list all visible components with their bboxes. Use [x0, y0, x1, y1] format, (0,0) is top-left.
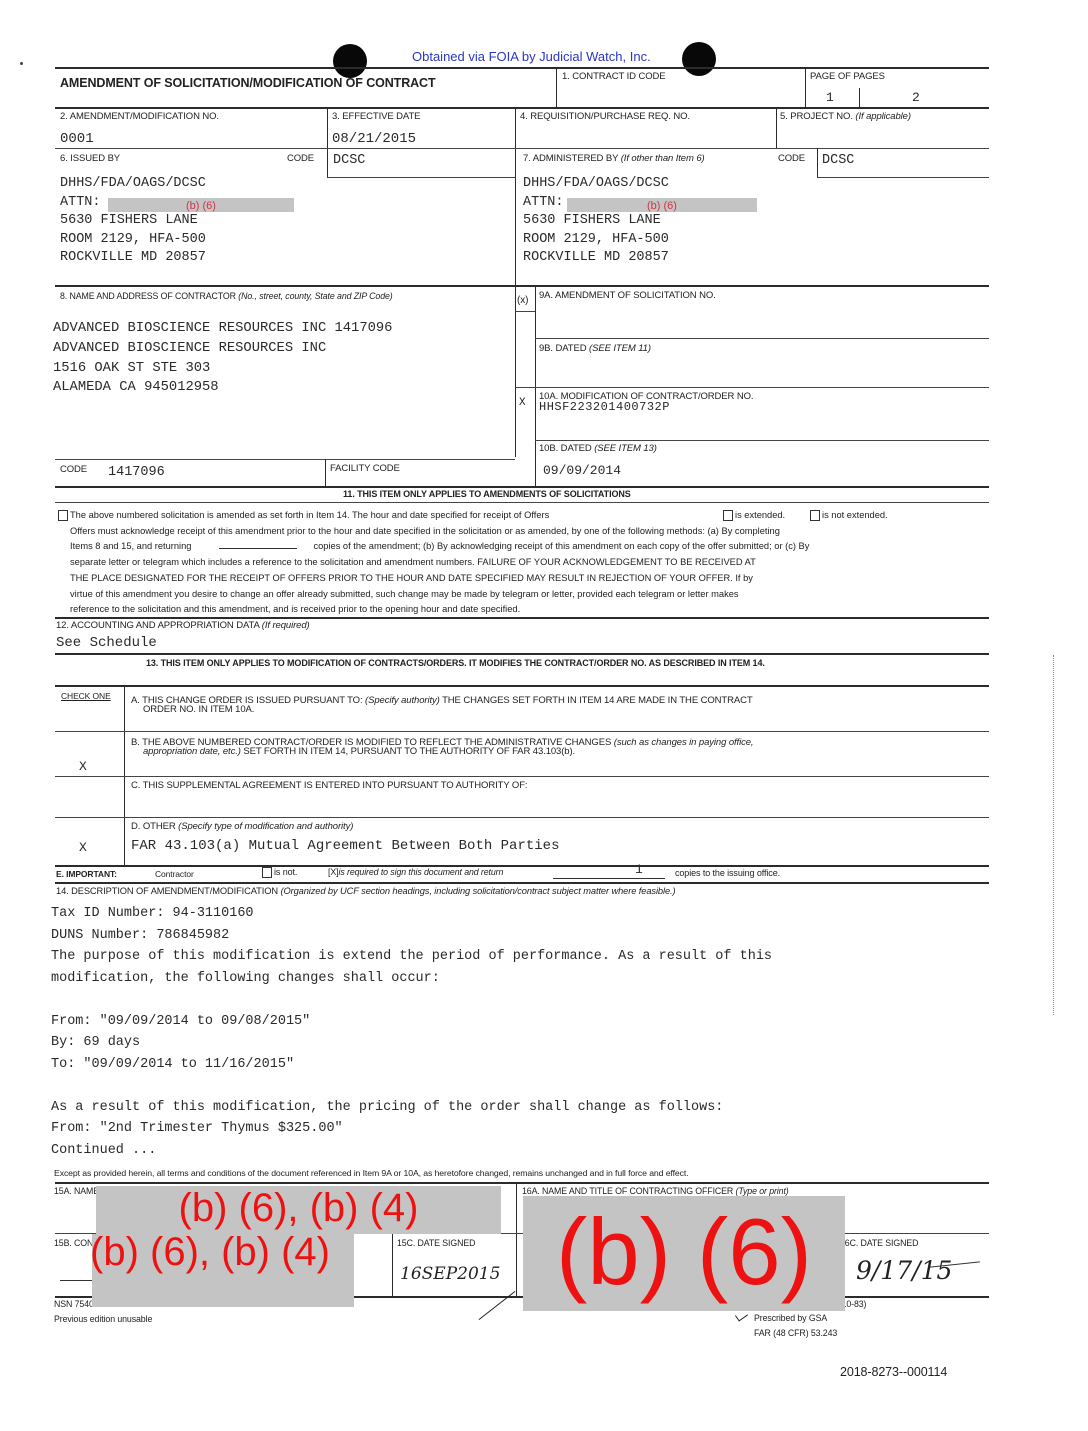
- divider: [515, 107, 516, 457]
- previous-edition: Previous edition unusable: [54, 1314, 152, 1324]
- row-line: [55, 685, 989, 687]
- divider: [859, 88, 860, 107]
- item13b-mark: X: [79, 759, 87, 774]
- item13d-mark: X: [79, 840, 87, 855]
- box6-address: DHHS/FDA/OAGS/DCSC ATTN: 5630 FISHERS LA…: [60, 175, 206, 268]
- box8-code: 1417096: [108, 465, 165, 480]
- foia-watermark: Obtained via FOIA by Judicial Watch, Inc…: [412, 49, 651, 64]
- check-one-label: CHECK ONE: [61, 691, 111, 701]
- is-not-checkbox[interactable]: [262, 867, 272, 878]
- box7-label: 7. ADMINISTERED BY (If other than Item 6…: [523, 153, 705, 164]
- divider: [817, 148, 818, 178]
- code-box-bottom: [327, 177, 515, 178]
- item13d-value: FAR 43.103(a) Mutual Agreement Between B…: [131, 838, 559, 854]
- pricing-from-line: From: "2nd Trimester Thymus $325.00": [51, 1118, 772, 1140]
- by-line: By: 69 days: [51, 1032, 772, 1054]
- box8-address: ADVANCED BIOSCIENCE RESOURCES INC 141709…: [53, 319, 392, 398]
- box15c-value: 16SEP2015: [400, 1264, 500, 1284]
- copies-value: 1: [635, 862, 643, 877]
- box4-label: 4. REQUISITION/PURCHASE REQ. NO.: [520, 111, 690, 122]
- purpose-line-2: modification, the following changes shal…: [51, 968, 772, 990]
- from-line: From: "09/09/2014 to 09/08/2015": [51, 1011, 772, 1033]
- row-line: [535, 338, 989, 339]
- divider: [776, 107, 777, 148]
- row-line: [515, 387, 989, 388]
- box6-code-label: CODE: [287, 153, 314, 164]
- box16a-redaction: (b) (6): [523, 1196, 845, 1311]
- continued-line: Continued ...: [51, 1140, 772, 1162]
- box1-label: 1. CONTRACT ID CODE: [562, 71, 666, 82]
- nsn-label: NSN 7540-01-152-8070: [54, 1299, 92, 1309]
- box6-label: 6. ISSUED BY: [60, 153, 120, 164]
- check-col-header: (x): [517, 295, 528, 306]
- box8-code-label: CODE: [60, 464, 87, 475]
- box7-code: DCSC: [822, 153, 854, 168]
- except-note: Except as provided herein, all terms and…: [54, 1168, 689, 1178]
- scan-speck: [20, 62, 23, 65]
- item14-description: Tax ID Number: 94-3110160 DUNS Number: 7…: [51, 903, 772, 1161]
- divider: [392, 1233, 393, 1296]
- item14-label: 14. DESCRIPTION OF AMENDMENT/MODIFICATIO…: [56, 886, 676, 896]
- item11-header: 11. THIS ITEM ONLY APPLIES TO AMENDMENTS…: [343, 489, 631, 499]
- box3-value: 08/21/2015: [332, 131, 416, 147]
- box5-label: 5. PROJECT NO. (If applicable): [780, 111, 911, 122]
- frame-top: [55, 67, 989, 69]
- facility-code-label: FACILITY CODE: [330, 463, 400, 474]
- copies-underline: [553, 878, 665, 879]
- row-line: [55, 731, 989, 732]
- is-required-option: [X]is required to sign this document and…: [328, 867, 503, 877]
- pricing-line: As a result of this modification, the pr…: [51, 1097, 772, 1119]
- is-extended-checkbox[interactable]: [723, 510, 733, 521]
- row-line: [535, 440, 989, 441]
- purpose-line: The purpose of this modification is exte…: [51, 946, 772, 968]
- box8-label: 8. NAME AND ADDRESS OF CONTRACTOR (No., …: [60, 291, 393, 301]
- box10a-value: HHSF223201400732P: [539, 400, 670, 414]
- divider: [516, 1182, 517, 1296]
- punch-hole-left: [333, 44, 367, 78]
- box10b-value: 09/09/2014: [543, 463, 621, 478]
- box15b-redaction: (b) (6), (b) (4): [92, 1234, 354, 1307]
- box6-redaction: (b) (6): [108, 198, 294, 212]
- divider: [556, 67, 557, 107]
- item13a: A. THIS CHANGE ORDER IS ISSUED PURSUANT …: [131, 696, 753, 714]
- box15a-redaction: (b) (6), (b) (4): [96, 1186, 501, 1234]
- row-line: [55, 1182, 989, 1184]
- is-not-extended-checkbox[interactable]: [810, 510, 820, 521]
- punch-hole-right: [682, 42, 716, 76]
- box3-label: 3. EFFECTIVE DATE: [332, 111, 420, 122]
- bates-number: 2018-8273--000114: [840, 1365, 947, 1379]
- item13b: B. THE ABOVE NUMBERED CONTRACT/ORDER IS …: [131, 738, 753, 756]
- copies-suffix: copies to the issuing office.: [675, 868, 780, 878]
- form-title: AMENDMENT OF SOLICITATION/MODIFICATION O…: [60, 76, 436, 90]
- row-line: [55, 486, 989, 488]
- box10b-label: 10B. DATED (SEE ITEM 13): [539, 443, 657, 454]
- divider: [535, 285, 536, 486]
- pages-label: PAGE OF PAGES: [810, 71, 885, 82]
- item12-label: 12. ACCOUNTING AND APPROPRIATION DATA (I…: [56, 620, 310, 631]
- divider: [805, 67, 806, 107]
- row-line: [55, 107, 989, 109]
- prescribed-by: Prescribed by GSA: [754, 1313, 827, 1323]
- box2-label: 2. AMENDMENT/MODIFICATION NO.: [60, 111, 219, 122]
- box7-code-label: CODE: [778, 153, 805, 164]
- box2-value: 0001: [60, 131, 94, 147]
- item11-text: The above numbered solicitation is amend…: [58, 508, 988, 618]
- form-number: STANDARD FORM 30 (REV. 10-83): [845, 1299, 945, 1309]
- row-line: [55, 459, 515, 460]
- row-line: [55, 865, 989, 867]
- box6-code: DCSC: [333, 153, 365, 168]
- item12-value: See Schedule: [56, 635, 157, 651]
- row-line: [55, 285, 989, 287]
- row-line: [55, 617, 989, 619]
- row-line: [55, 776, 989, 777]
- box15c-label: 15C. DATE SIGNED: [397, 1238, 475, 1248]
- row-line: [55, 817, 989, 818]
- box16c-label: 16C. DATE SIGNED: [840, 1238, 918, 1248]
- item13c: C. THIS SUPPLEMENTAL AGREEMENT IS ENTERE…: [131, 780, 527, 791]
- duns-line: DUNS Number: 786845982: [51, 925, 772, 947]
- important-label: E. IMPORTANT:: [56, 869, 117, 879]
- row-line: [55, 653, 989, 655]
- row-line: [55, 882, 989, 884]
- item11-checkbox[interactable]: [58, 510, 68, 521]
- page-count: 2: [912, 90, 920, 105]
- item13d: D. OTHER (Specify type of modification a…: [131, 821, 353, 832]
- item13-header: 13. THIS ITEM ONLY APPLIES TO MODIFICATI…: [146, 658, 765, 668]
- box16c-value: 9/17/15: [856, 1256, 952, 1285]
- far-reference: FAR (48 CFR) 53.243: [754, 1328, 837, 1338]
- row-line: [55, 148, 989, 149]
- contractor-label: Contractor: [155, 869, 194, 879]
- box10a-check: X: [519, 397, 526, 409]
- box9a-label: 9A. AMENDMENT OF SOLICITATION NO.: [539, 290, 716, 301]
- page-number: 1: [826, 90, 834, 105]
- row-line: [515, 311, 535, 312]
- box7-redaction: (b) (6): [567, 198, 757, 212]
- divider: [327, 107, 328, 177]
- box7-address: DHHS/FDA/OAGS/DCSC ATTN: 5630 FISHERS LA…: [523, 175, 669, 268]
- is-not-option: is not.: [262, 867, 297, 878]
- box16a-label: 16A. NAME AND TITLE OF CONTRACTING OFFIC…: [522, 1186, 789, 1196]
- to-line: To: "09/09/2014 to 11/16/2015": [51, 1054, 772, 1076]
- check-mark: [735, 1309, 748, 1321]
- tax-id-line: Tax ID Number: 94-3110160: [51, 903, 772, 925]
- code-box-bottom: [817, 177, 989, 178]
- row-line: [55, 502, 989, 503]
- box9b-label: 9B. DATED (SEE ITEM 11): [539, 343, 651, 354]
- scan-artifact: [1053, 655, 1055, 1015]
- divider: [325, 459, 326, 486]
